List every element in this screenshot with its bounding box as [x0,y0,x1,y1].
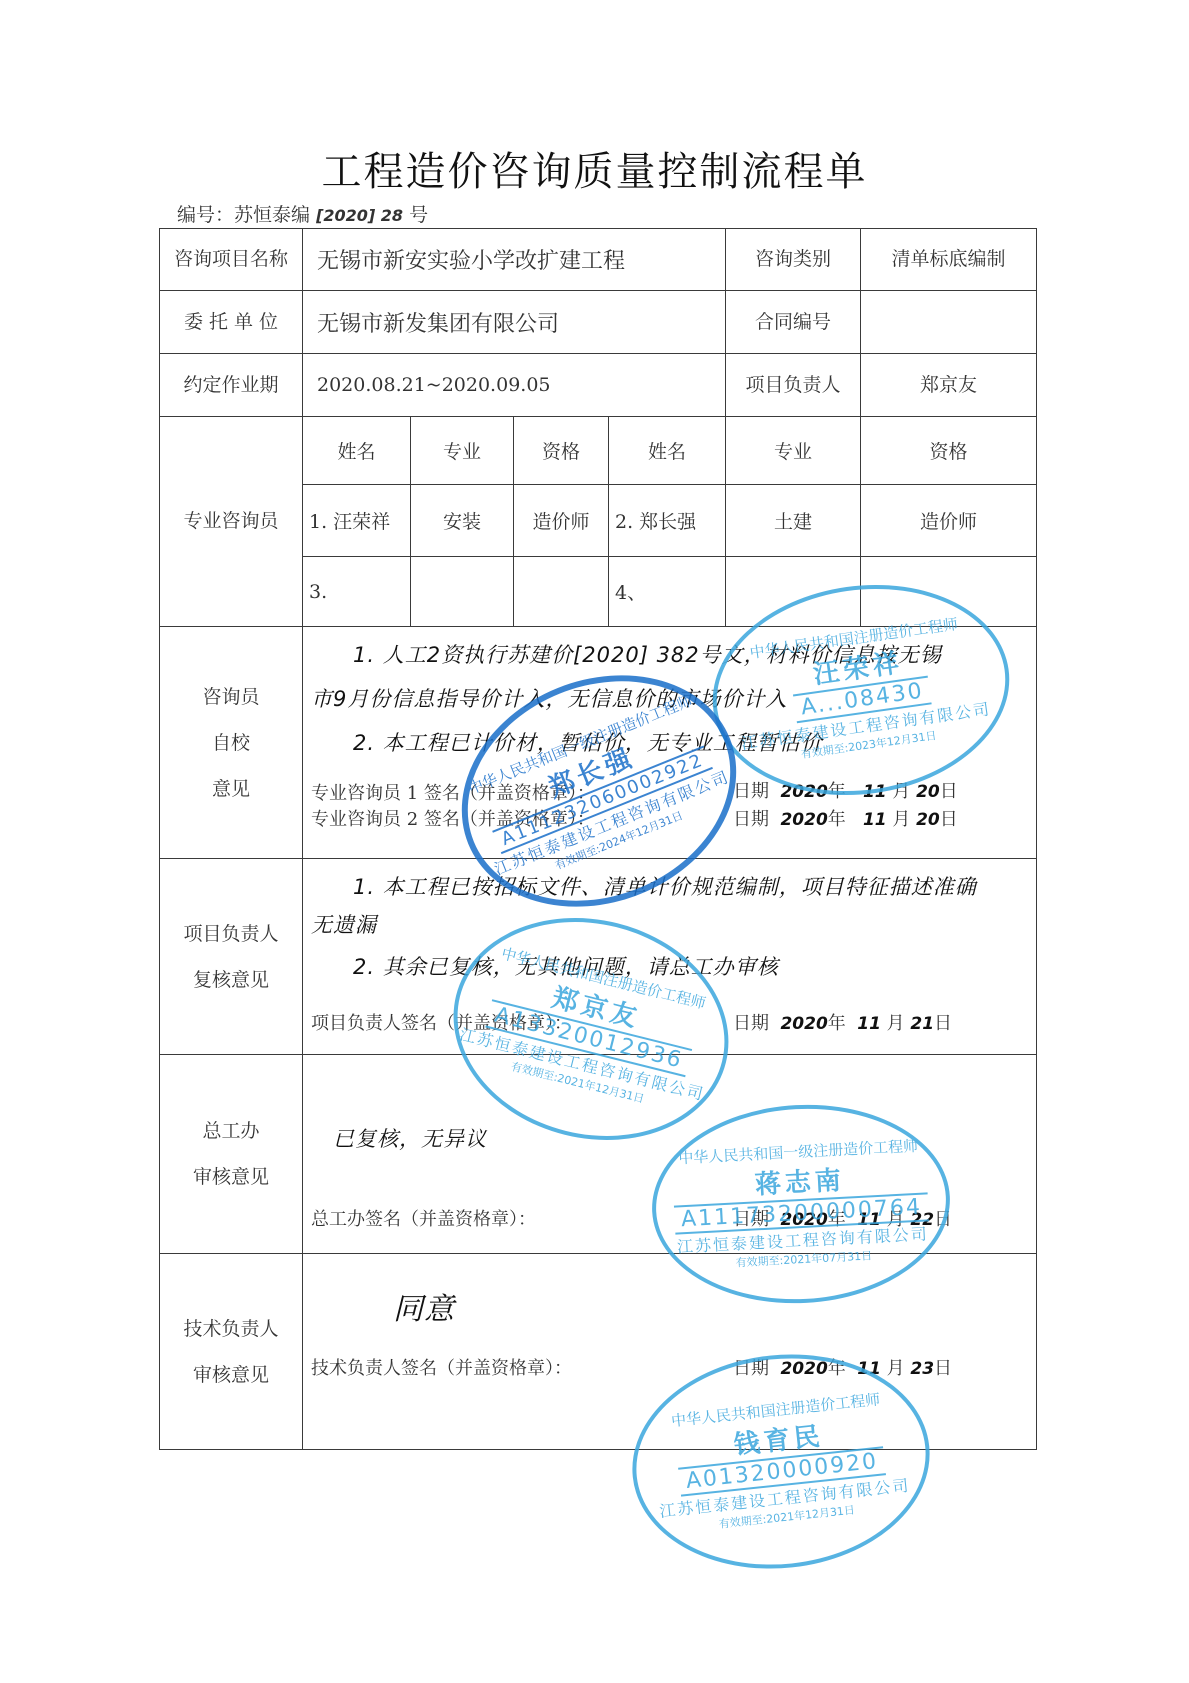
handwritten-line: 1. 人工2资执行苏建价[2020] 382号文，材料价信息按无锡 [353,639,942,669]
month-unit: 月 [892,809,910,830]
consultant-qualification [861,557,1037,627]
month-unit: 月 [887,1209,905,1230]
day-unit: 日 [934,1013,952,1034]
pm-review-opinion: 1. 本工程已按招标文件、清单计价规范编制，项目特征描述准确 无遗漏 2. 其余… [303,859,1037,1055]
date-day: 22 [910,1210,934,1230]
date-label: 日期 [733,1013,769,1034]
month-unit: 月 [887,1358,905,1379]
contract-no-label: 合同编号 [726,291,861,354]
consultant-major: 安装 [411,485,514,557]
consultant-major [411,557,514,627]
stamp-company: 江苏恒泰建设工程咨询有限公司 [658,1472,911,1521]
document-number: 编号：苏恒泰编 [2020] 28 号 [177,200,428,227]
chief-office-opinion: 已复核，无异议 总工办签名（并盖资格章）： 日期 2020年 11 月 22日 [303,1055,1037,1254]
date-month: 11 [857,1210,881,1230]
doc-number-handwritten: [2020] 28 [316,206,403,225]
date-month: 11 [863,782,887,802]
col-header-qual-2: 资格 [861,417,1037,485]
handwritten-line: 2. 本工程已计价材，暂估价，无专业工程暂估价 [353,727,823,757]
client-label: 委 托 单 位 [160,291,303,354]
label-line: 意见 [160,766,302,812]
tech-lead-label: 技术负责人 审核意见 [160,1254,303,1450]
consultant-name: 2. 郑长强 [609,485,726,557]
tech-lead-date: 日期 2020年 11 月 23日 [733,1354,952,1380]
client-value: 无锡市新发集团有限公司 [303,291,726,354]
consultant-name: 1. 汪荣祥 [303,485,411,557]
label-line: 复核意见 [160,957,302,1003]
stamp-number: A01320000920 [679,1446,886,1496]
date-label: 日期 [733,781,769,802]
date-day: 20 [916,782,940,802]
label-line: 自校 [160,720,302,766]
col-header-name-1: 姓名 [303,417,411,485]
consultant-qualification [514,557,609,627]
period-label: 约定作业期 [160,354,303,417]
chief-office-date: 日期 2020年 11 月 22日 [733,1205,952,1231]
category-value: 清单标底编制 [861,229,1037,291]
consultant-qualification: 造价师 [861,485,1037,557]
consultant2-signature-label: 专业咨询员 2 签名（并盖资格章）： [311,805,595,831]
project-name-value: 无锡市新安实验小学改扩建工程 [303,229,726,291]
handwritten-line: 2. 其余已复核，无其他问题，请总工办审核 [353,951,779,981]
label-line: 咨询员 [160,674,302,720]
pm-label: 项目负责人 [726,354,861,417]
handwritten-line: 已复核，无异议 [333,1123,487,1153]
col-header-name-2: 姓名 [609,417,726,485]
date-year: 2020 [780,1014,827,1034]
tech-lead-opinion: 同意 技术负责人签名（并盖资格章）： 日期 2020年 11 月 23日 [303,1254,1037,1450]
consultant-name: 3. [303,557,411,627]
date-year: 2020 [780,1210,827,1230]
date-day: 23 [910,1359,934,1379]
date-month: 11 [863,810,887,830]
date-year: 2020 [780,1359,827,1379]
date-month: 11 [857,1359,881,1379]
label-line: 审核意见 [160,1352,302,1398]
consultant-major: 土建 [726,485,861,557]
date-label: 日期 [733,1358,769,1379]
project-name-label: 咨询项目名称 [160,229,303,291]
pm-review-label: 项目负责人 复核意见 [160,859,303,1055]
month-unit: 月 [892,781,910,802]
col-header-qual-1: 资格 [514,417,609,485]
pm-review-date: 日期 2020年 11 月 21日 [733,1009,952,1035]
date-year: 2020 [780,782,827,802]
doc-number-suffix: 号 [409,204,428,226]
year-unit: 年 [828,781,846,802]
handwritten-line: 1. 本工程已按招标文件、清单计价规范编制，项目特征描述准确 [353,871,977,901]
day-unit: 日 [940,809,958,830]
handwritten-line: 无遗漏 [311,909,377,939]
year-unit: 年 [828,809,846,830]
chief-office-label: 总工办 审核意见 [160,1055,303,1254]
year-unit: 年 [828,1013,846,1034]
date-label: 日期 [733,809,769,830]
pm-value: 郑京友 [861,354,1037,417]
label-line: 项目负责人 [160,911,302,957]
consultant1-date: 日期 2020年 11 月 20日 [733,777,958,803]
date-month: 11 [857,1014,881,1034]
date-day: 21 [910,1014,934,1034]
consultant-name: 4、 [609,557,726,627]
doc-number-label: 编号：苏恒泰编 [177,204,310,226]
consultants-label: 专业咨询员 [160,417,303,627]
col-header-major-2: 专业 [726,417,861,485]
label-line: 审核意见 [160,1154,302,1200]
date-year: 2020 [780,810,827,830]
chief-office-signature-label: 总工办签名（并盖资格章）： [311,1205,536,1231]
date-label: 日期 [733,1209,769,1230]
year-unit: 年 [828,1358,846,1379]
consultant-qualification: 造价师 [514,485,609,557]
label-line: 技术负责人 [160,1306,302,1352]
year-unit: 年 [828,1209,846,1230]
day-unit: 日 [940,781,958,802]
tech-lead-signature-label: 技术负责人签名（并盖资格章）： [311,1354,572,1380]
contract-no-value [861,291,1037,354]
consultant2-date: 日期 2020年 11 月 20日 [733,805,958,831]
month-unit: 月 [887,1013,905,1034]
consultant-major [726,557,861,627]
category-label: 咨询类别 [726,229,861,291]
quality-control-form: 咨询项目名称 无锡市新安实验小学改扩建工程 咨询类别 清单标底编制 委 托 单 … [159,228,1037,1450]
period-value: 2020.08.21~2020.09.05 [303,354,726,417]
label-line: 总工办 [160,1108,302,1154]
handwritten-line: 市9月份信息指导价计入，无信息价的市场价计入 [311,683,787,713]
handwritten-line: 同意 [393,1284,455,1328]
document-title: 工程造价咨询质量控制流程单 [0,140,1189,197]
date-day: 20 [916,810,940,830]
day-unit: 日 [934,1209,952,1230]
consultant1-signature-label: 专业咨询员 1 签名（并盖资格章）： [311,779,595,805]
col-header-major-1: 专业 [411,417,514,485]
day-unit: 日 [934,1358,952,1379]
self-check-opinion: 1. 人工2资执行苏建价[2020] 382号文，材料价信息按无锡 市9月份信息… [303,627,1037,859]
pm-signature-label: 项目负责人签名（并盖资格章）： [311,1009,572,1035]
self-check-label: 咨询员 自校 意见 [160,627,303,859]
stamp-expiry: 有效期至:2021年12月31日 [718,1501,856,1531]
